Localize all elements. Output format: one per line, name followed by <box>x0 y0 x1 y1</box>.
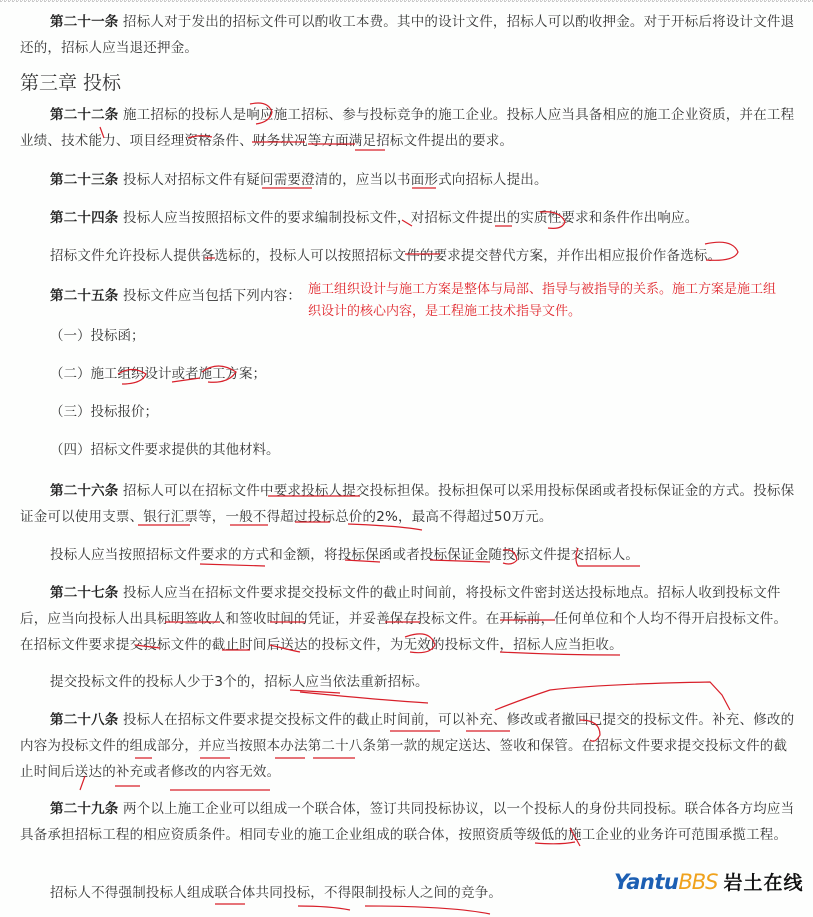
article-label: 第二十九条 <box>50 801 119 817</box>
article-label: 第二十五条 <box>50 288 119 304</box>
list-item: （四）招标文件要求提供的其他材料。 <box>50 440 280 460</box>
article-23: 第二十三条 投标人对招标文件有疑问需要澄清的，应当以书面形式向招标人提出。 <box>20 167 800 193</box>
article-text: 两个以上施工企业可以组成一个联合体，签订共同投标协议，以一个投标人的身份共同投标… <box>20 801 794 843</box>
article-label: 第二十四条 <box>50 210 119 226</box>
article-text: 投标人应当按照招标文件的要求编制投标文件，对招标文件提出的实质性要求和条件作出响… <box>123 210 698 226</box>
article-text: 招标人对于发出的招标文件可以酌收工本费。其中的设计文件，招标人可以酌收押金。对于… <box>20 14 794 56</box>
article-label: 第二十二条 <box>50 107 119 123</box>
article-label: 第二十六条 <box>50 483 119 499</box>
article-text: 投标人应当在招标文件要求提交投标文件的截止时间前，将投标文件密封送达投标地点。招… <box>20 585 787 653</box>
list-item: （二）施工组织设计或者施工方案； <box>50 364 266 384</box>
logo-yantu: Yantu <box>614 870 678 894</box>
article-26-para2: 投标人应当按照招标文件要求的方式和金额，将投标保函或者投标保证金随投标文件提交招… <box>20 542 800 568</box>
article-22: 第二十二条 施工招标的投标人是响应施工招标、参与投标竞争的施工企业。投标人应当具… <box>20 102 800 154</box>
logo-cn: 岩土在线 <box>723 868 803 895</box>
yantubbs-watermark-logo: Yantu BBS 岩土在线 <box>614 868 804 895</box>
handwritten-annotation-note: 施工组织设计与施工方案是整体与局部、指导与被指导的关系。施工方案是施工组织设计的… <box>308 279 778 323</box>
article-text: 投标文件应当包括下列内容： <box>123 288 301 304</box>
article-text: 施工招标的投标人是响应施工招标、参与投标竞争的施工企业。投标人应当具备相应的施工… <box>20 107 794 149</box>
article-text: 投标人在招标文件要求提交投标文件的截止时间前，可以补充、修改或者撤回已提交的投标… <box>20 712 794 780</box>
article-24-para2: 招标文件允许投标人提供备选标的，投标人可以按照招标文件的要求提交替代方案，并作出… <box>20 243 800 269</box>
article-21: 第二十一条 招标人对于发出的招标文件可以酌收工本费。其中的设计文件，招标人可以酌… <box>20 9 800 61</box>
page-top-border <box>0 0 813 4</box>
article-label: 第二十八条 <box>50 712 119 728</box>
article-26: 第二十六条 招标人可以在招标文件中要求投标人提交投标担保。投标担保可以采用投标保… <box>20 478 800 530</box>
article-28: 第二十八条 投标人在招标文件要求提交投标文件的截止时间前，可以补充、修改或者撤回… <box>20 707 800 785</box>
article-text: 招标人可以在招标文件中要求投标人提交投标担保。投标担保可以采用投标保函或者投标保… <box>20 483 794 525</box>
article-29: 第二十九条 两个以上施工企业可以组成一个联合体，签订共同投标协议，以一个投标人的… <box>20 796 800 848</box>
article-27: 第二十七条 投标人应当在招标文件要求提交投标文件的截止时间前，将投标文件密封送达… <box>20 580 800 658</box>
article-24: 第二十四条 投标人应当按照招标文件的要求编制投标文件，对招标文件提出的实质性要求… <box>20 205 800 231</box>
logo-bbs: BBS <box>678 870 717 894</box>
article-27-para2: 提交投标文件的投标人少于3个的，招标人应当依法重新招标。 <box>20 669 800 695</box>
list-item: （一）投标函； <box>50 326 145 346</box>
article-25: 第二十五条 投标文件应当包括下列内容： <box>20 283 310 309</box>
chapter-title: 第三章 投标 <box>20 68 121 95</box>
article-label: 第二十七条 <box>50 585 119 601</box>
article-text: 投标人对招标文件有疑问需要澄清的，应当以书面形式向招标人提出。 <box>123 172 548 188</box>
list-item: （三）投标报价； <box>50 402 158 422</box>
article-label: 第二十三条 <box>50 172 119 188</box>
article-label: 第二十一条 <box>50 14 119 30</box>
